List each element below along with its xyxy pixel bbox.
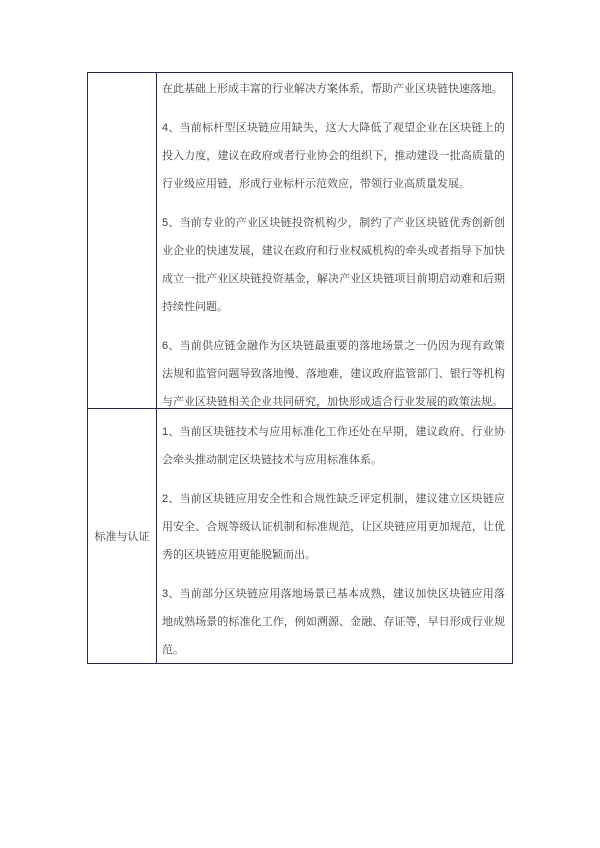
paragraph-item-6: 6、当前供应链金融作为区块链最重要的落地场景之一仍因为现有政策法规和监管问题导致… bbox=[162, 332, 505, 409]
table-row2-content-cell: 1、当前区块链技术与应用标准化工作还处在早期，建议政府、行业协会牵头推动制定区块… bbox=[157, 409, 512, 663]
table-row1-label-cell bbox=[88, 73, 157, 409]
document-page: { "colors": { "table-border": "#252a47",… bbox=[0, 0, 600, 848]
paragraph-item-1: 1、当前区块链技术与应用标准化工作还处在早期，建议政府、行业协会牵头推动制定区块… bbox=[162, 418, 505, 474]
paragraph-item-3: 3、当前部分区块链应用落地场景已基本成熟，建议加快区块链应用落地成熟场景的标准化… bbox=[162, 580, 505, 663]
paragraph-item-5: 5、当前专业的产业区块链投资机构少，制约了产业区块链优秀创新创业企业的快速发展，… bbox=[162, 209, 505, 321]
paragraph-item-4: 4、当前标杆型区块链应用缺失，这大大降低了观望企业在区块链上的投入力度，建议在政… bbox=[162, 114, 505, 198]
row2-label: 标准与认证 bbox=[95, 528, 150, 544]
table-row2-label-cell: 标准与认证 bbox=[88, 409, 157, 663]
paragraph-intro-continuation: 在此基础上形成丰富的行业解决方案体系，帮助产业区块链快速落地。 bbox=[162, 75, 505, 103]
paragraph-item-2: 2、当前区块链应用安全性和合规性缺乏评定机制，建议建立区块链应用安全、合规等级认… bbox=[162, 485, 505, 569]
document-table: 在此基础上形成丰富的行业解决方案体系，帮助产业区块链快速落地。 4、当前标杆型区… bbox=[87, 72, 513, 664]
table-row1-content-cell: 在此基础上形成丰富的行业解决方案体系，帮助产业区块链快速落地。 4、当前标杆型区… bbox=[157, 73, 512, 409]
